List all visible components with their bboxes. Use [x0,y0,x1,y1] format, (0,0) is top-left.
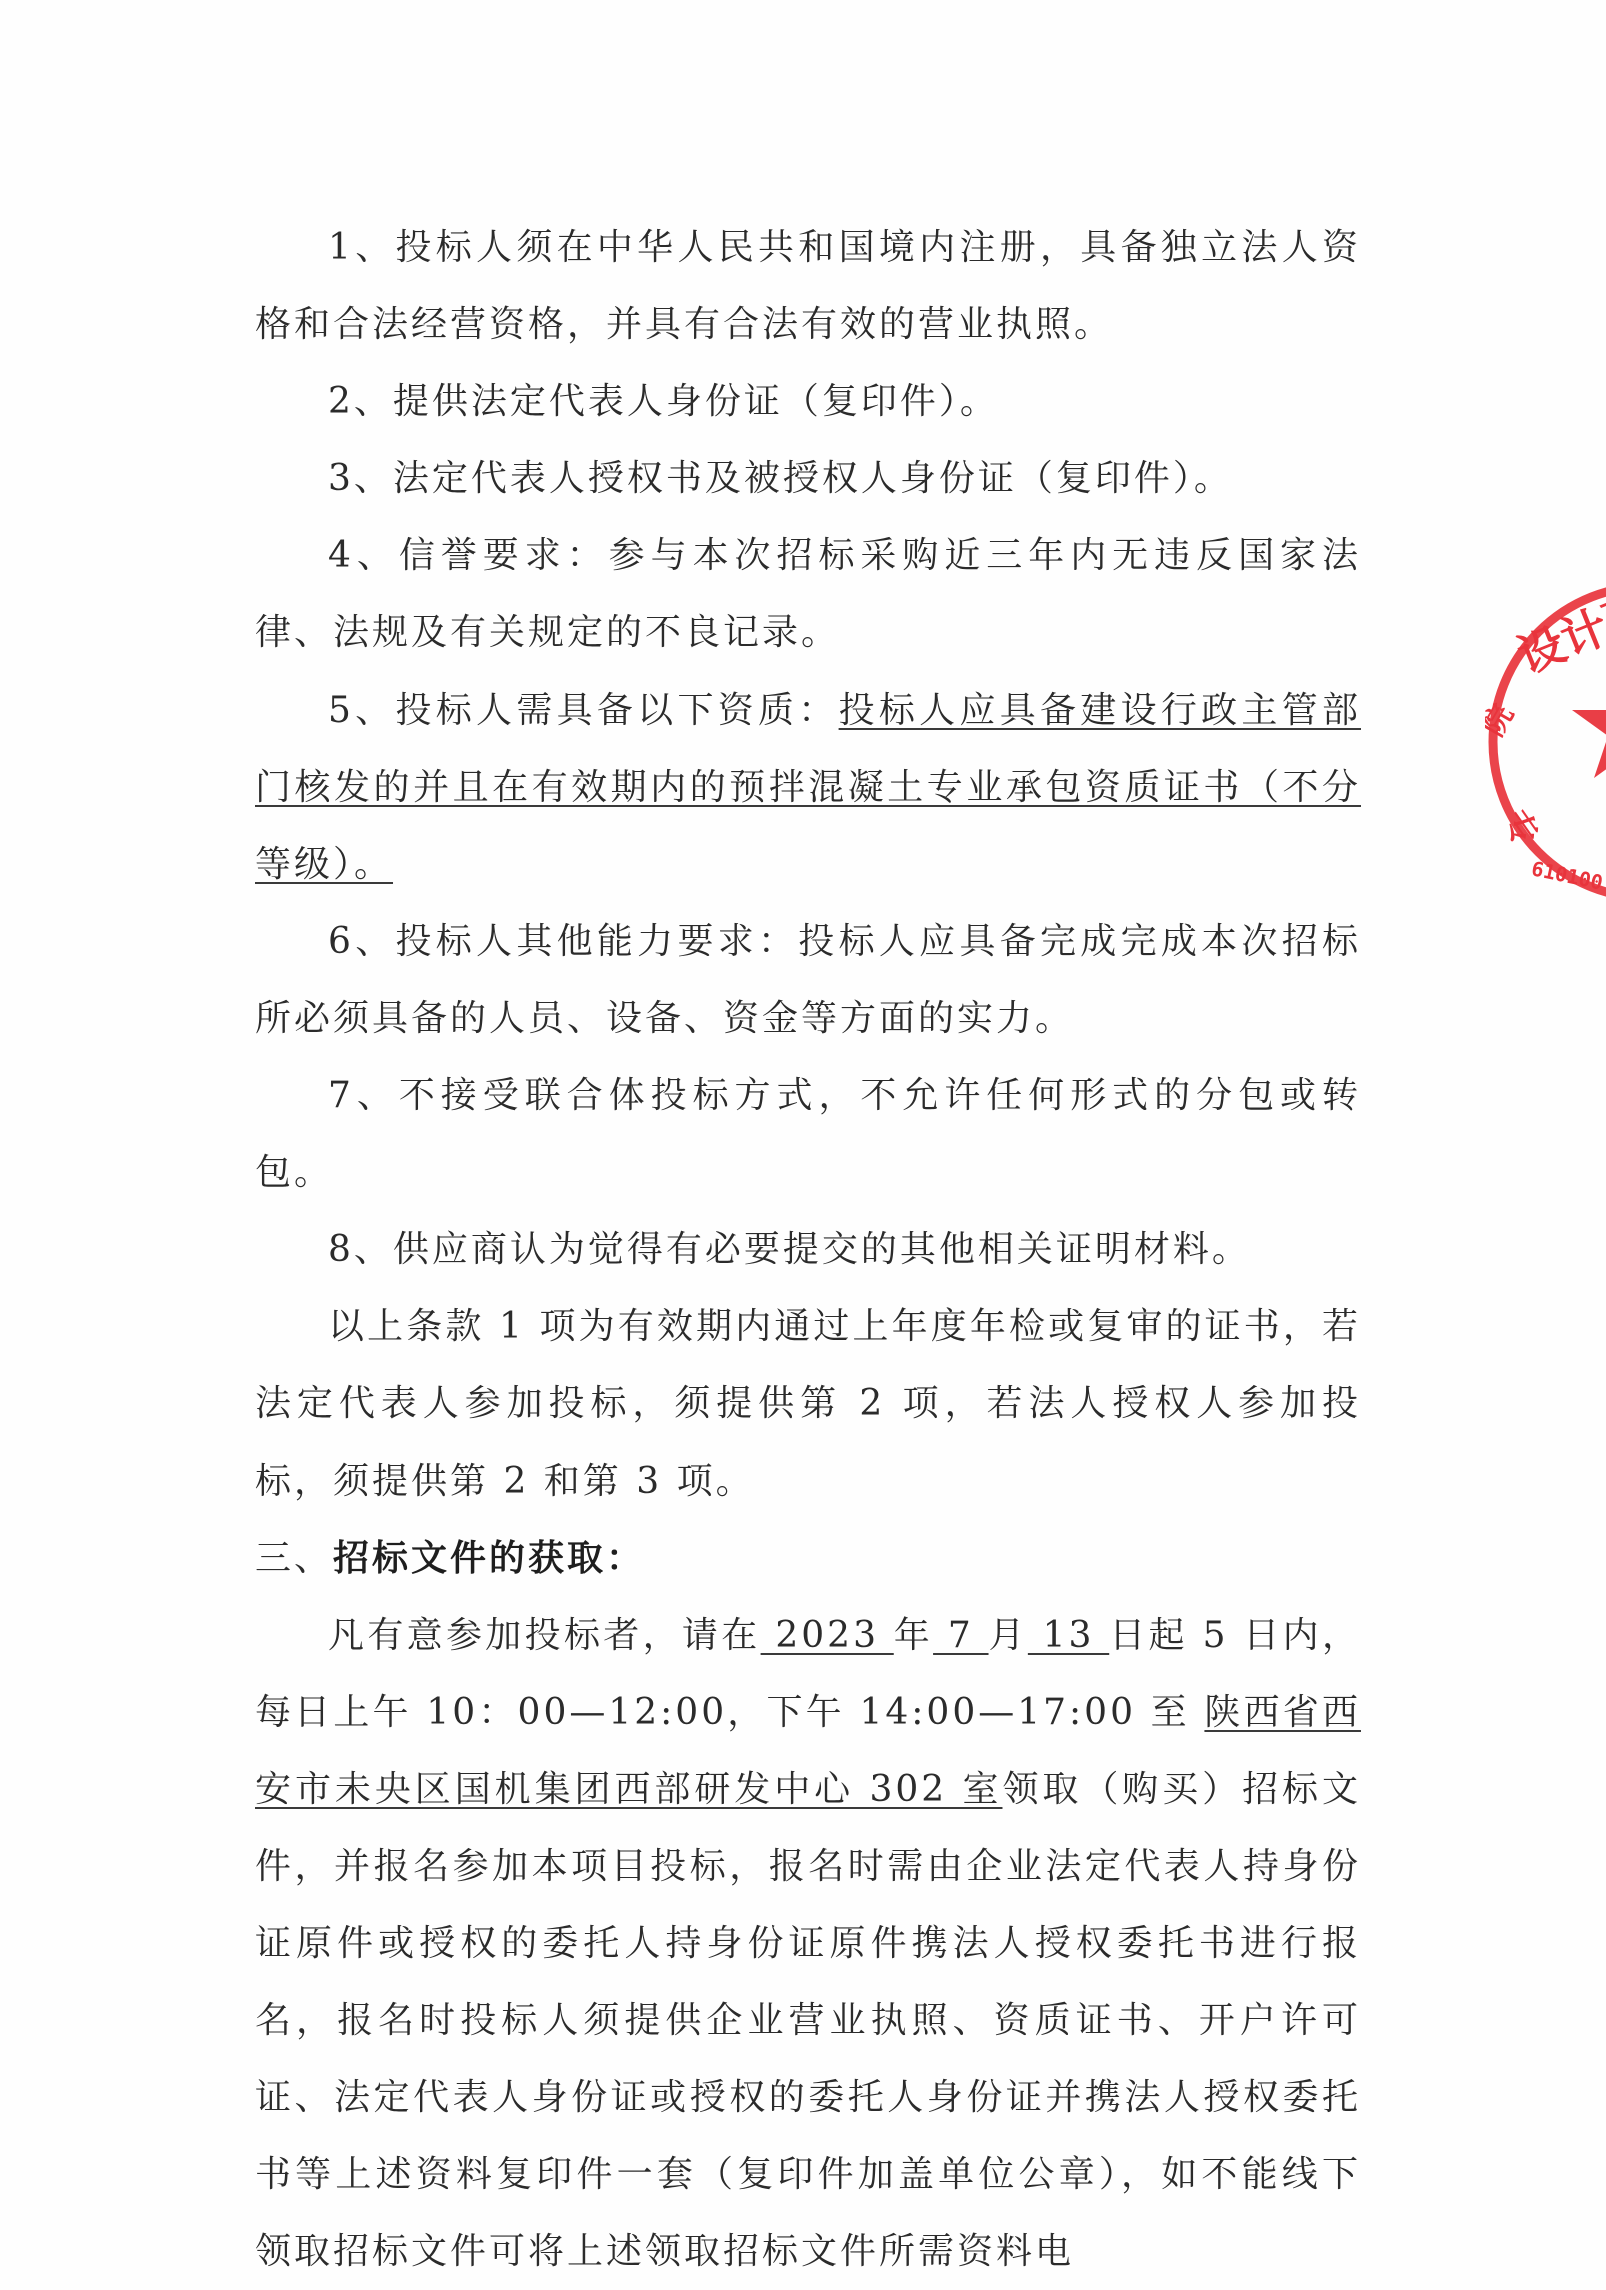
section-number: 三、 [255,1538,333,1579]
requirement-5-label: 5、投标人需具备以下资质： [328,690,839,731]
svg-text:设计研: 设计研 [1510,582,1606,684]
requirement-3: 3、法定代表人授权书及被授权人身份证（复印件）。 [255,440,1361,517]
acquisition-day: 13 [1028,1615,1109,1656]
acquisition-rest: 领取（购买）招标文件，并报名参加本项目投标，报名时需由企业法定代表人持身份证原件… [255,1769,1361,2273]
requirements-note-text: 以上条款 1 项为有效期内通过上年度年检或复审的证书，若法定代表人参加投标，须提… [255,1306,1361,1501]
requirement-1-text: 1、投标人须在中华人民共和国境内注册，具备独立法人资格和合法经营资格，并具有合法… [255,227,1361,345]
section-heading: 三、招标文件的获取： [255,1520,1361,1597]
star-icon [1572,668,1606,778]
requirement-7: 7、不接受联合体投标方式，不允许任何形式的分包或转包。 [255,1057,1361,1211]
requirement-2: 2、提供法定代表人身份证（复印件）。 [255,363,1361,440]
requirement-8: 8、供应商认为觉得有必要提交的其他相关证明材料。 [255,1211,1361,1288]
requirement-6-text: 6、投标人其他能力要求：投标人应具备完成完成本次招标所必须具备的人员、设备、资金… [255,921,1361,1039]
svg-text:610100: 610100 [1529,856,1605,894]
document-page: 1、投标人须在中华人民共和国境内注册，具备独立法人资格和合法经营资格，并具有合法… [0,0,1606,2290]
requirement-8-text: 8、供应商认为觉得有必要提交的其他相关证明材料。 [328,1229,1251,1270]
section-title: 招标文件的获取： [333,1537,645,1579]
svg-text:院: 院 [1485,699,1521,742]
acquisition-year: 2023 [761,1615,894,1656]
requirement-3-text: 3、法定代表人授权书及被授权人身份证（复印件）。 [328,458,1233,499]
acquisition-month: 7 [933,1615,988,1656]
acquisition-prefix: 凡有意参加投标者，请在 [328,1615,761,1656]
acquisition-paragraph: 凡有意参加投标者，请在 2023 年 7 月 13 日起 5 日内，每日上午 1… [255,1597,1361,2290]
requirements-note: 以上条款 1 项为有效期内通过上年度年检或复审的证书，若法定代表人参加投标，须提… [255,1288,1361,1519]
requirement-2-text: 2、提供法定代表人身份证（复印件）。 [328,381,999,422]
official-seal: 设计研 院 专 610100 [1485,578,1606,906]
acquisition-month-suffix: 月 [989,1615,1028,1656]
requirement-6: 6、投标人其他能力要求：投标人应具备完成完成本次招标所必须具备的人员、设备、资金… [255,903,1361,1057]
document-body: 1、投标人须在中华人民共和国境内注册，具备独立法人资格和合法经营资格，并具有合法… [255,209,1361,2290]
requirement-5: 5、投标人需具备以下资质：投标人应具备建设行政主管部门核发的并且在有效期内的预拌… [255,672,1361,903]
requirement-4-text: 4、信誉要求：参与本次招标采购近三年内无违反国家法律、法规及有关规定的不良记录。 [255,535,1361,653]
requirement-7-text: 7、不接受联合体投标方式，不允许任何形式的分包或转包。 [255,1075,1361,1193]
svg-text:专: 专 [1494,803,1546,854]
acquisition-year-suffix: 年 [894,1615,933,1656]
requirement-1: 1、投标人须在中华人民共和国境内注册，具备独立法人资格和合法经营资格，并具有合法… [255,209,1361,363]
requirement-4: 4、信誉要求：参与本次招标采购近三年内无违反国家法律、法规及有关规定的不良记录。 [255,517,1361,671]
